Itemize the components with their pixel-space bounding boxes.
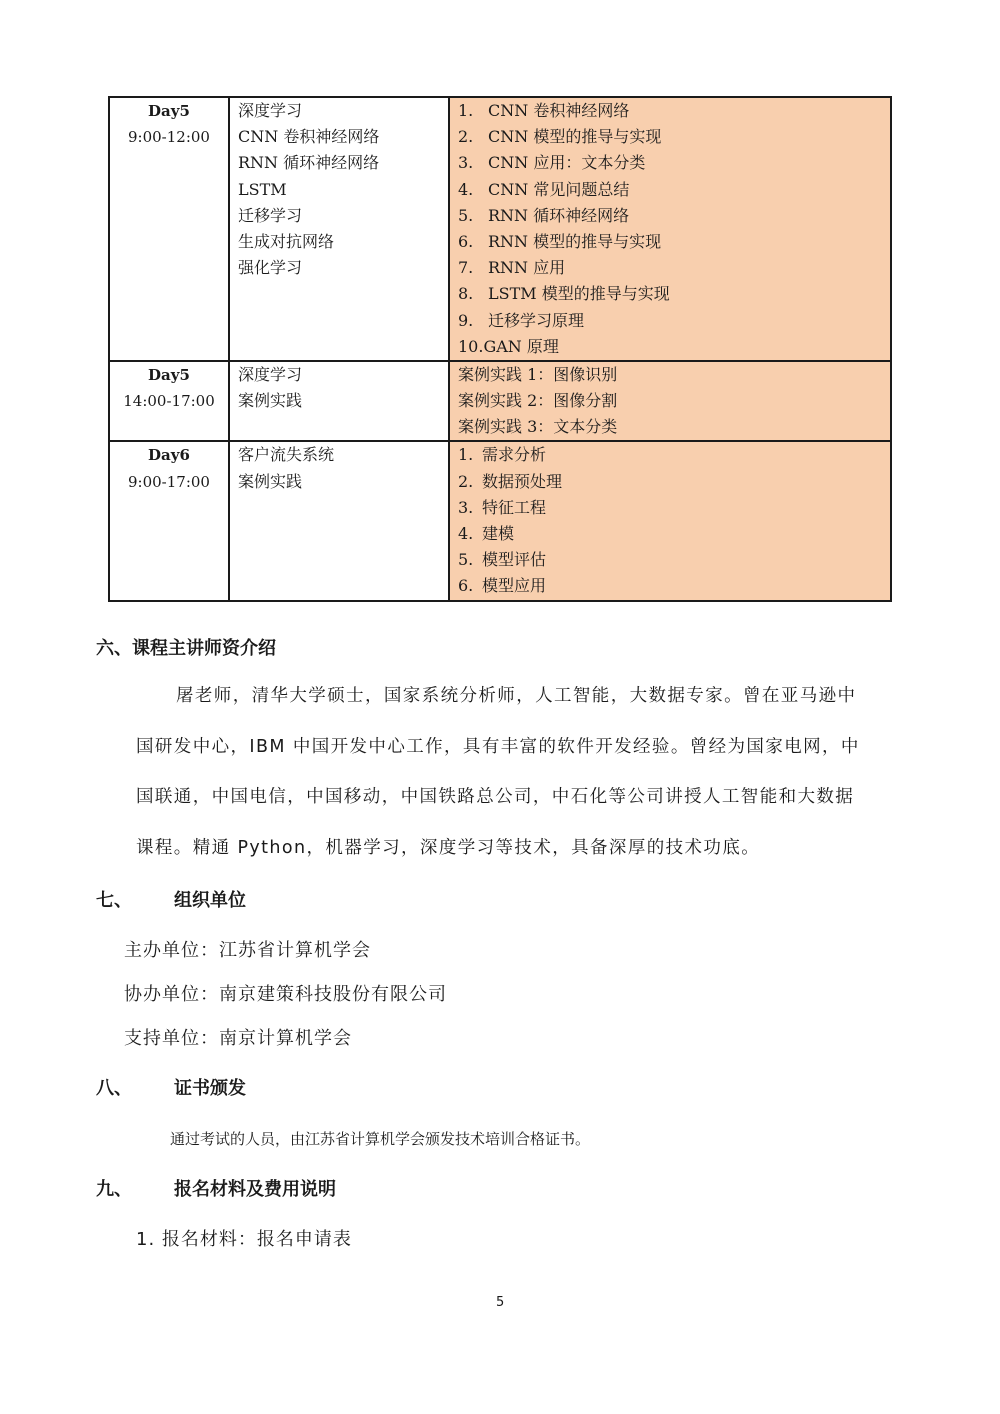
detail-item: 4.CNN 常见问题总结 [458, 177, 890, 203]
section-heading-registration: 九、报名材料及费用说明 [96, 1175, 336, 1201]
topic-cell: 深度学习 案例实践 [229, 361, 449, 442]
topic-item: 迁移学习 [238, 203, 448, 229]
detail-item: 9.迁移学习原理 [458, 308, 890, 334]
detail-item: 3.特征工程 [458, 495, 890, 521]
day-cell: Day5 14:00-17:00 [109, 361, 229, 442]
section-number: 七、 [96, 890, 132, 911]
topic-cell: 客户流失系统 案例实践 [229, 441, 449, 600]
registration-item: 1. 报名材料：报名申请表 [136, 1225, 352, 1251]
time-label: 9:00-17:00 [110, 469, 228, 495]
bio-line: 屠老师，清华大学硕士，国家系统分析师，人工智能，大数据专家。曾在亚马逊中 [136, 684, 906, 735]
detail-item: 3.CNN 应用：文本分类 [458, 150, 890, 176]
bio-line: 课程。精通 Python，机器学习，深度学习等技术，具备深厚的技术功底。 [136, 836, 906, 887]
day-cell: Day6 9:00-17:00 [109, 441, 229, 600]
table-row: Day5 14:00-17:00 深度学习 案例实践 案例实践 1：图像识别 案… [109, 361, 891, 442]
certificate-text: 通过考试的人员，由江苏省计算机学会颁发技术培训合格证书。 [170, 1128, 590, 1149]
time-label: 9:00-12:00 [110, 124, 228, 150]
bio-line: 国研发中心，IBM 中国开发中心工作，具有丰富的软件开发经验。曾经为国家电网，中 [136, 735, 906, 786]
detail-item: 案例实践 2：图像分割 [458, 388, 890, 414]
topic-item: CNN 卷积神经网络 [238, 124, 448, 150]
detail-item: 8.LSTM 模型的推导与实现 [458, 281, 890, 307]
detail-item: 1.CNN 卷积神经网络 [458, 98, 890, 124]
detail-item: 2.数据预处理 [458, 469, 890, 495]
topic-cell: 深度学习 CNN 卷积神经网络 RNN 循环神经网络 LSTM 迁移学习 生成对… [229, 97, 449, 361]
section-heading-organizers: 七、组织单位 [96, 886, 246, 912]
table-row: Day5 9:00-12:00 深度学习 CNN 卷积神经网络 RNN 循环神经… [109, 97, 891, 361]
detail-cell: 案例实践 1：图像识别 案例实践 2：图像分割 案例实践 3：文本分类 [449, 361, 891, 442]
section-number: 九、 [96, 1179, 132, 1200]
section-title: 报名材料及费用说明 [174, 1179, 336, 1200]
topic-item: 生成对抗网络 [238, 229, 448, 255]
topic-item: 强化学习 [238, 255, 448, 281]
detail-item: 5.RNN 循环神经网络 [458, 203, 890, 229]
topic-item: 案例实践 [238, 388, 448, 414]
detail-item: 2.CNN 模型的推导与实现 [458, 124, 890, 150]
detail-item: 5.模型评估 [458, 547, 890, 573]
topic-item: 深度学习 [238, 362, 448, 388]
detail-item: 案例实践 3：文本分类 [458, 414, 890, 440]
section-title: 证书颁发 [174, 1078, 246, 1099]
detail-item: 案例实践 1：图像识别 [458, 362, 890, 388]
organizer-host: 主办单位：江苏省计算机学会 [124, 936, 371, 962]
topic-item: 案例实践 [238, 469, 448, 495]
topic-item: 深度学习 [238, 98, 448, 124]
bio-line: 国联通，中国电信，中国移动，中国铁路总公司，中石化等公司讲授人工智能和大数据 [136, 785, 906, 836]
instructor-bio: 屠老师，清华大学硕士，国家系统分析师，人工智能，大数据专家。曾在亚马逊中 国研发… [136, 684, 906, 886]
day-label: Day5 [110, 362, 228, 388]
detail-item: 4.建模 [458, 521, 890, 547]
detail-item: 6.模型应用 [458, 573, 890, 599]
topic-item: RNN 循环神经网络 [238, 150, 448, 176]
section-title: 组织单位 [174, 890, 246, 911]
day-label: Day6 [110, 442, 228, 468]
organizer-co: 协办单位：南京建策科技股份有限公司 [124, 980, 447, 1006]
detail-item: 1.需求分析 [458, 442, 890, 468]
detail-cell: 1.CNN 卷积神经网络 2.CNN 模型的推导与实现 3.CNN 应用：文本分… [449, 97, 891, 361]
schedule-table: Day5 9:00-12:00 深度学习 CNN 卷积神经网络 RNN 循环神经… [108, 96, 892, 602]
table-row: Day6 9:00-17:00 客户流失系统 案例实践 1.需求分析 2.数据预… [109, 441, 891, 600]
section-heading-instructor: 六、课程主讲师资介绍 [96, 634, 276, 660]
time-label: 14:00-17:00 [110, 388, 228, 414]
day-label: Day5 [110, 98, 228, 124]
day-cell: Day5 9:00-12:00 [109, 97, 229, 361]
section-heading-certificate: 八、证书颁发 [96, 1074, 246, 1100]
organizer-support: 支持单位：南京计算机学会 [124, 1024, 352, 1050]
topic-item: LSTM [238, 177, 448, 203]
detail-item: 7.RNN 应用 [458, 255, 890, 281]
detail-item: 6.RNN 模型的推导与实现 [458, 229, 890, 255]
detail-item: 10.GAN 原理 [458, 334, 890, 360]
section-number: 八、 [96, 1078, 132, 1099]
page-number: 5 [496, 1295, 504, 1310]
detail-cell: 1.需求分析 2.数据预处理 3.特征工程 4.建模 5.模型评估 6.模型应用 [449, 441, 891, 600]
topic-item: 客户流失系统 [238, 442, 448, 468]
